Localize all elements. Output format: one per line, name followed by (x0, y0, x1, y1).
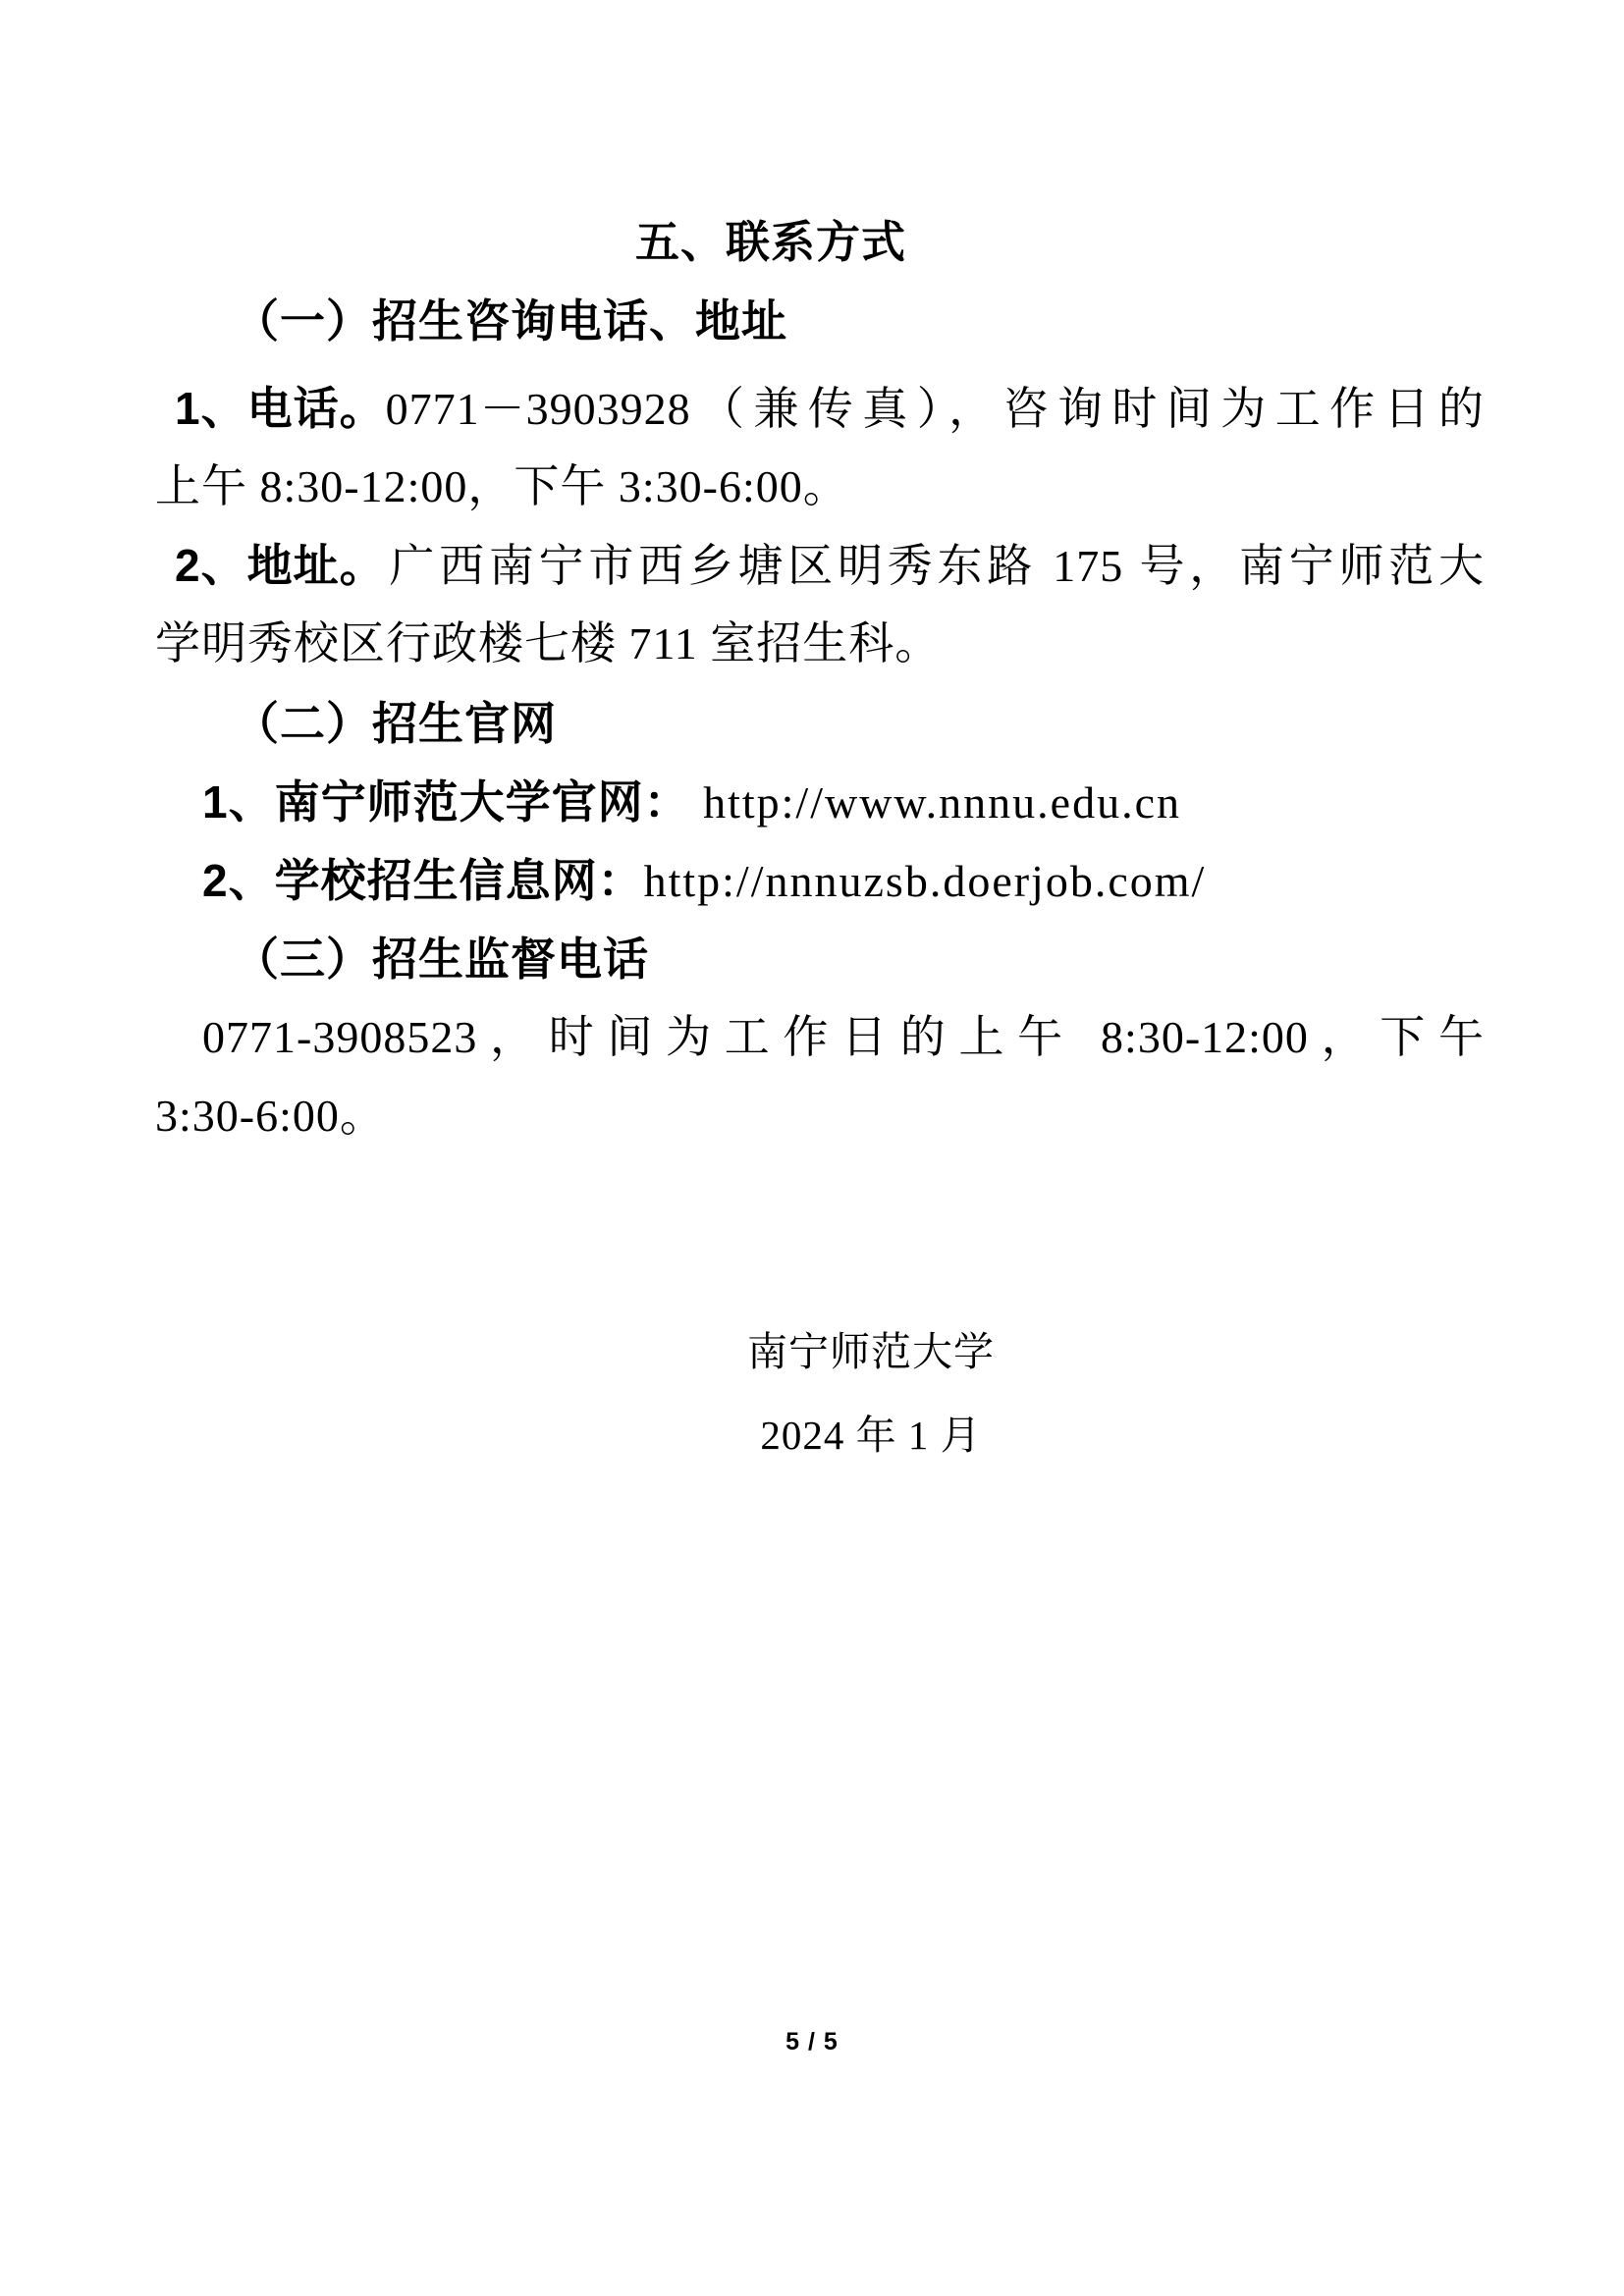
section-3-heading: （三）招生监督电话 (155, 933, 1485, 986)
section-2-item-2: 2、学校招生信息网：http://nnnuzsb.doerjob.com/ (155, 854, 1485, 908)
address-item-text: 广西南宁市西乡塘区明秀东路 175 号，南宁师范大 (386, 541, 1485, 591)
phone-item-text: 0771－3903928（兼传真），咨询时间为工作日的 (386, 384, 1485, 434)
document-title: 五、联系方式 (155, 216, 1485, 269)
admissions-site-url: http://nnnuzsb.doerjob.com/ (644, 856, 1207, 906)
phone-item-label: 1、电话。 (175, 382, 386, 435)
admissions-site-label: 2、学校招生信息网： (202, 855, 644, 906)
document-page: 五、联系方式 （一）招生咨询电话、地址 1、电话。0771－3903928（兼传… (0, 0, 1624, 2296)
address-item-label: 2、地址。 (175, 539, 386, 592)
section-1-item-1-line-2: 上午 8:30-12:00，下午 3:30-6:00。 (155, 460, 1485, 513)
section-2-item-1: 1、南宁师范大学官网： http://www.nnnu.edu.cn (155, 775, 1485, 829)
university-site-label: 1、南宁师范大学官网： (202, 776, 690, 828)
signature-organization: 南宁师范大学 (206, 1325, 1536, 1378)
university-site-url: http://www.nnnu.edu.cn (690, 777, 1181, 828)
page-number: 5 / 5 (0, 2028, 1624, 2056)
section-1-heading: （一）招生咨询电话、地址 (155, 294, 1485, 347)
section-1-item-1-line-1: 1、电话。0771－3903928（兼传真），咨询时间为工作日的 (155, 382, 1485, 436)
signature-date: 2024 年 1 月 (206, 1409, 1536, 1462)
section-3-line-2: 3:30-6:00。 (155, 1090, 1485, 1143)
section-2-heading: （二）招生官网 (155, 697, 1485, 750)
section-3-line-1: 0771-3908523，时间为工作日的上午 8:30-12:00，下午 (155, 1011, 1485, 1064)
section-1-item-2-line-2: 学明秀校区行政楼七楼 711 室招生科。 (155, 617, 1485, 670)
section-1-item-2-line-1: 2、地址。广西南宁市西乡塘区明秀东路 175 号，南宁师范大 (155, 539, 1485, 593)
